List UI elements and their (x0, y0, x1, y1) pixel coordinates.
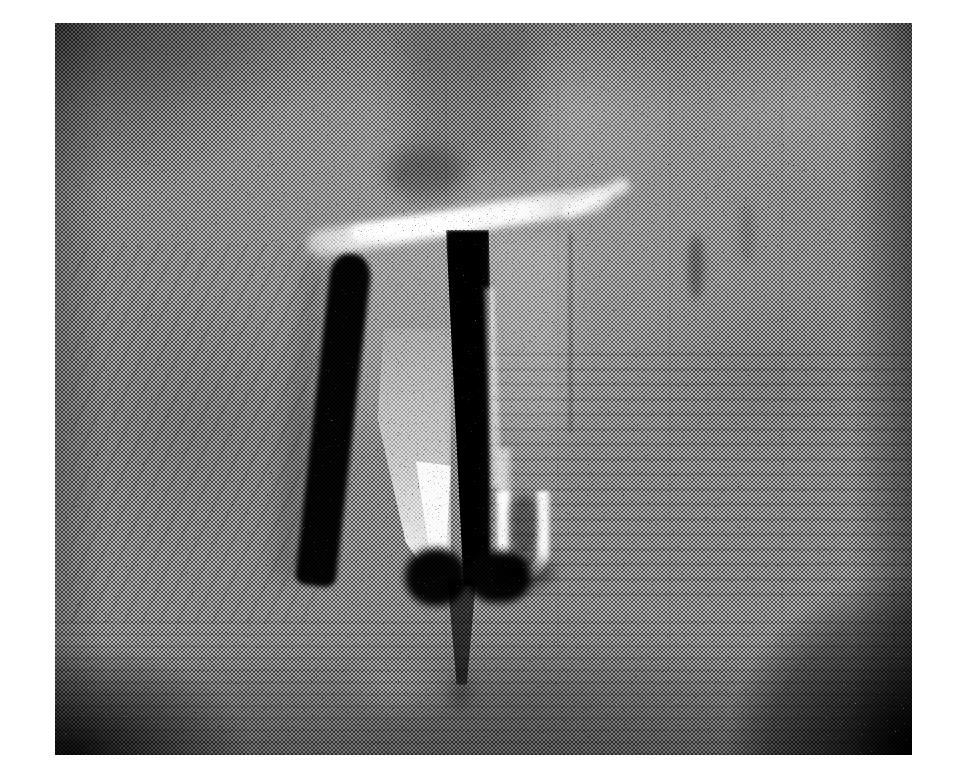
film-grain-dark-overlay (55, 23, 912, 755)
left-root-tip-highlight (415, 461, 451, 585)
background-smudge-2 (741, 203, 753, 265)
crown-top-shadow (385, 148, 467, 198)
crown-right-edge-line (569, 233, 572, 433)
cast-shadow-streak (443, 579, 479, 685)
root-tip-smudge (495, 557, 553, 587)
right-root-body (491, 238, 563, 538)
film-grain-light-overlay (55, 23, 912, 755)
page: Grainy black-and-white halftone photogra… (0, 0, 964, 768)
background-smudge-1 (688, 235, 704, 299)
right-root-tip-inner-shadow (511, 495, 537, 553)
halftone-photo: Grainy black-and-white halftone photogra… (55, 23, 912, 755)
crown-body-light (313, 233, 578, 428)
cast-shadow-drip (451, 675, 471, 709)
left-root-lit-side (373, 328, 451, 596)
crown-highlight-right (560, 176, 631, 219)
background-bands-right (485, 353, 912, 598)
root-tip-shadow-right (467, 551, 531, 603)
halftone-checker-overlay (55, 23, 912, 755)
right-root-side-highlight (498, 448, 510, 506)
photo-background (55, 23, 912, 755)
right-root-tip-highlight (497, 491, 549, 579)
background-block-lines (445, 78, 912, 648)
background-bands-bottom (55, 621, 912, 755)
root-gap-edge-highlight (485, 288, 502, 488)
photo-description: Grainy black-and-white halftone photogra… (55, 23, 56, 24)
root-tip-shadow-left (405, 548, 467, 606)
crown-highlight-streak (306, 184, 611, 257)
root-gap-shadow (446, 230, 490, 586)
background-diagonal-streaks (70, 243, 320, 623)
left-root-shadow (294, 252, 373, 588)
top-shadow-swath (405, 23, 535, 168)
left-root-penumbra (272, 260, 331, 581)
crown-highlight-left (351, 213, 477, 241)
background-mottle (55, 23, 912, 755)
